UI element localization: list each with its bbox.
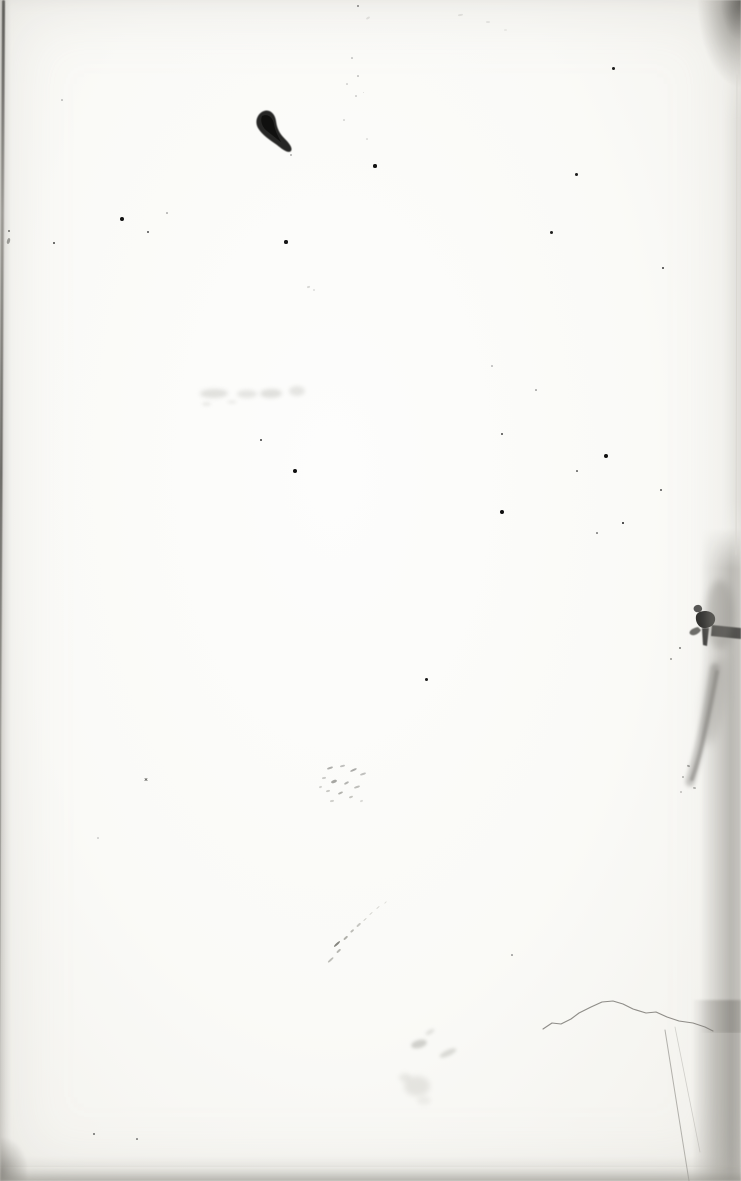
speckle-mark (327, 957, 333, 963)
ink-dot (596, 532, 598, 534)
ink-dot (622, 522, 625, 525)
speckle-mark (331, 779, 338, 784)
ink-dot (120, 217, 124, 221)
ink-dot (293, 469, 298, 474)
speckle-mark (376, 905, 380, 908)
ink-dot (357, 75, 359, 77)
speckle-mark (336, 949, 341, 954)
speckle-mark (504, 29, 507, 31)
speckle-mark (330, 800, 334, 803)
ink-dot (260, 439, 262, 441)
speckle-mark (356, 923, 361, 928)
ink-dot (97, 837, 99, 839)
smudge-stain (289, 386, 305, 396)
speckle-mark (318, 786, 322, 789)
ink-dot (166, 212, 168, 214)
smudge-stain (410, 1038, 428, 1050)
ink-dot (284, 240, 288, 244)
speckle-mark (359, 800, 362, 803)
ink-dot (679, 647, 682, 650)
speckle-mark (349, 768, 356, 773)
ink-dot (8, 230, 10, 232)
ink-dot (575, 173, 578, 176)
ink-dot (366, 138, 368, 140)
ink-dot (53, 242, 55, 244)
speckle-mark (326, 790, 330, 793)
speckle-mark (343, 936, 348, 941)
speckle-mark (360, 772, 366, 776)
speckle-mark (486, 21, 490, 23)
speckle-mark (313, 289, 315, 291)
ink-dot (500, 510, 505, 515)
smudge-stain (425, 1028, 436, 1036)
ink-dot (290, 154, 292, 156)
ink-dot (491, 365, 493, 367)
ink-dot (425, 678, 428, 681)
speckle-mark (680, 791, 682, 793)
smudge-stain (260, 388, 282, 397)
ink-dot (535, 389, 537, 391)
speckle-mark (343, 781, 348, 785)
smudge-stain (706, 580, 734, 650)
ink-dot (576, 470, 578, 472)
ink-dot (343, 119, 345, 121)
ink-dot (511, 954, 513, 956)
ink-dot (355, 95, 357, 97)
artifact-layer (0, 0, 741, 1181)
ink-dot (147, 231, 149, 233)
speckle-mark (366, 16, 370, 20)
ink-dot (612, 67, 615, 70)
ink-dot (346, 83, 348, 85)
ink-dot (136, 1138, 138, 1140)
scanned-page (0, 0, 741, 1181)
ink-dot (351, 57, 353, 59)
speckle-mark (322, 777, 326, 780)
ink-dot (660, 489, 662, 491)
ink-dot (357, 5, 359, 7)
speckle-mark (349, 795, 353, 798)
speckle-mark (306, 286, 309, 288)
smudge-stain (698, 654, 730, 746)
speckle-mark (350, 929, 354, 933)
speckle-mark (692, 787, 695, 789)
smudge-stain (399, 1073, 411, 1082)
speckle-mark (457, 14, 462, 17)
speckle-mark (337, 791, 342, 795)
ink-dot (373, 164, 377, 168)
smudge-stain (439, 1046, 458, 1059)
smudge-stain (237, 390, 257, 398)
ink-dot (501, 433, 503, 435)
smudge-stain (200, 388, 228, 397)
ink-dot (61, 99, 63, 101)
ink-dot (93, 1133, 95, 1135)
speckle-mark (686, 765, 690, 768)
speckle-mark (682, 776, 684, 778)
speckle-mark (363, 917, 367, 920)
smudge-stain (227, 400, 237, 404)
ink-dot (670, 658, 672, 660)
ink-dot (550, 231, 553, 234)
ink-dot (363, 92, 364, 93)
ink-dot (662, 267, 665, 270)
speckle-mark (369, 911, 373, 914)
speckle-mark (327, 766, 333, 770)
speckle-mark (333, 941, 340, 948)
speckle-mark (339, 764, 344, 767)
speckle-mark (354, 785, 360, 789)
speckle-mark (6, 238, 10, 245)
smudge-stain (417, 1096, 431, 1105)
smudge-stain (202, 402, 211, 406)
speckle-mark (384, 901, 387, 904)
ink-dot (604, 454, 608, 458)
